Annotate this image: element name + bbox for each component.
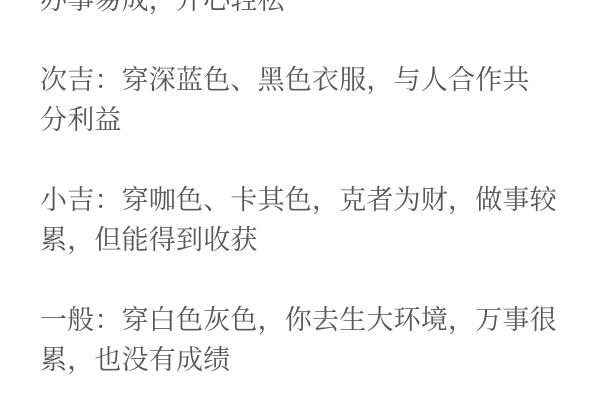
text-line: 累，但能得到收获 — [40, 220, 560, 260]
text-line: 分利益 — [40, 100, 560, 140]
fortune-advice-page: 办事易成，开心轻松 次吉：穿深蓝色、黑色衣服，与人合作共 分利益 小吉：穿咖色、… — [0, 0, 600, 400]
text-line-partial: 办事易成，开心轻松 — [40, 0, 560, 20]
text-line: 累，也没有成绩 — [40, 340, 560, 380]
text-line: 小吉：穿咖色、卡其色，克者为财，做事较 — [40, 180, 560, 220]
section-second-luck: 次吉：穿深蓝色、黑色衣服，与人合作共 分利益 — [40, 60, 560, 140]
text-line: 一般：穿白色灰色，你去生大环境，万事很 — [40, 300, 560, 340]
section-average-luck: 一般：穿白色灰色，你去生大环境，万事很 累，也没有成绩 — [40, 300, 560, 380]
clipped-previous-paragraph: 办事易成，开心轻松 — [40, 0, 560, 20]
text-line: 次吉：穿深蓝色、黑色衣服，与人合作共 — [40, 60, 560, 100]
section-small-luck: 小吉：穿咖色、卡其色，克者为财，做事较 累，但能得到收获 — [40, 180, 560, 260]
